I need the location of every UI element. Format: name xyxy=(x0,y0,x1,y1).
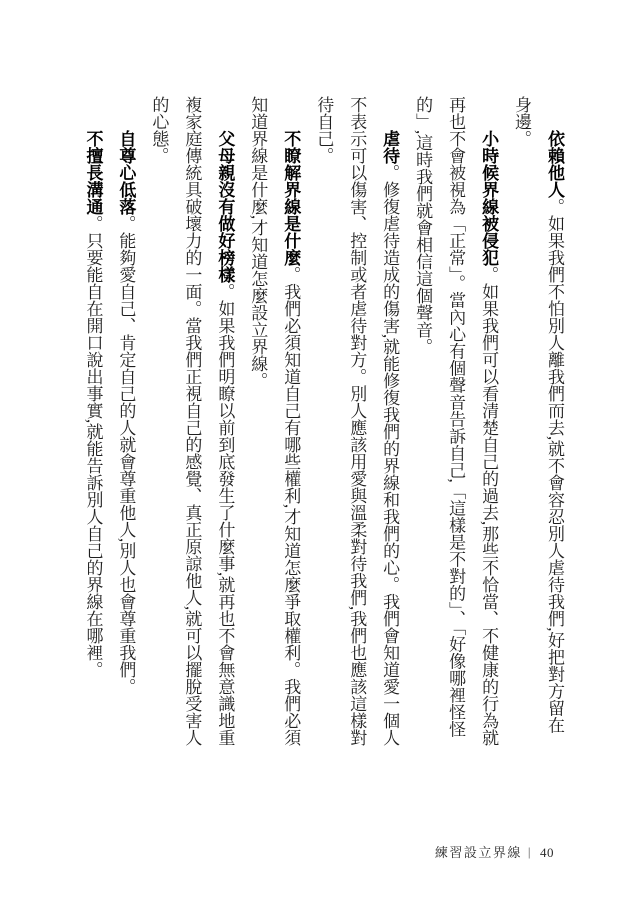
book-page: 依賴他人。如果我們不怕別人離我們而去,就不會容忍別人虐待我們,好把對方留在身邊。… xyxy=(0,0,640,900)
paragraph-body: 。能夠愛自己、肯定自己的人就會尊重他人,別人也會尊重我們。 xyxy=(116,215,135,695)
footer-divider: | xyxy=(528,844,532,860)
page-number: 40 xyxy=(540,845,554,860)
paragraph-heading: 依賴他人 xyxy=(545,130,564,198)
running-head-chapter-title: 練習設立界線 xyxy=(435,845,522,860)
paragraph-heading: 小時候界線被侵犯 xyxy=(479,130,498,266)
paragraph-heading: 不擅長溝通 xyxy=(83,130,102,215)
paragraph-childhood-boundary-violation: 小時候界線被侵犯。如果我們可以看清楚自己的過去,那些不恰當、不健康的行為就再也不… xyxy=(405,96,504,748)
paragraph-dependence-on-others: 依賴他人。如果我們不怕別人離我們而去,就不會容忍別人虐待我們,好把對方留在身邊。 xyxy=(504,96,570,748)
paragraph-not-understanding-boundaries: 不瞭解界線是什麼。我們必須知道自己有哪些權利,才知道怎麼爭取權利。我們必須知道界… xyxy=(240,96,306,748)
paragraph-body: 。只要能自在開口說出事實,就能告訴別人自己的界線在哪裡。 xyxy=(83,215,102,678)
paragraph-heading: 虐待 xyxy=(380,130,399,164)
paragraph-heading: 自尊心低落 xyxy=(116,130,135,215)
paragraph-heading: 父母親沒有做好榜樣 xyxy=(215,130,234,283)
paragraph-body: 。修復虐待造成的傷害,就能修復我們的界線和我們的心。我們會知道愛一個人不表示可以… xyxy=(314,96,399,746)
paragraph-heading: 不瞭解界線是什麼 xyxy=(281,130,300,266)
paragraph-abuse: 虐待。修復虐待造成的傷害,就能修復我們的界線和我們的心。我們會知道愛一個人不表示… xyxy=(306,96,405,748)
paragraph-low-self-esteem: 自尊心低落。能夠愛自己、肯定自己的人就會尊重他人,別人也會尊重我們。 xyxy=(108,96,141,748)
paragraph-poor-communication: 不擅長溝通。只要能自在開口說出事實,就能告訴別人自己的界線在哪裡。 xyxy=(75,96,108,748)
page-footer: 練習設立界線|40 xyxy=(435,842,554,861)
paragraph-parents-no-role-model: 父母親沒有做好榜樣。如果我們明瞭以前到底發生了什麼事,就再也不會無意識地重複家庭… xyxy=(141,96,240,748)
body-text-block: 依賴他人。如果我們不怕別人離我們而去,就不會容忍別人虐待我們,好把對方留在身邊。… xyxy=(70,96,570,748)
